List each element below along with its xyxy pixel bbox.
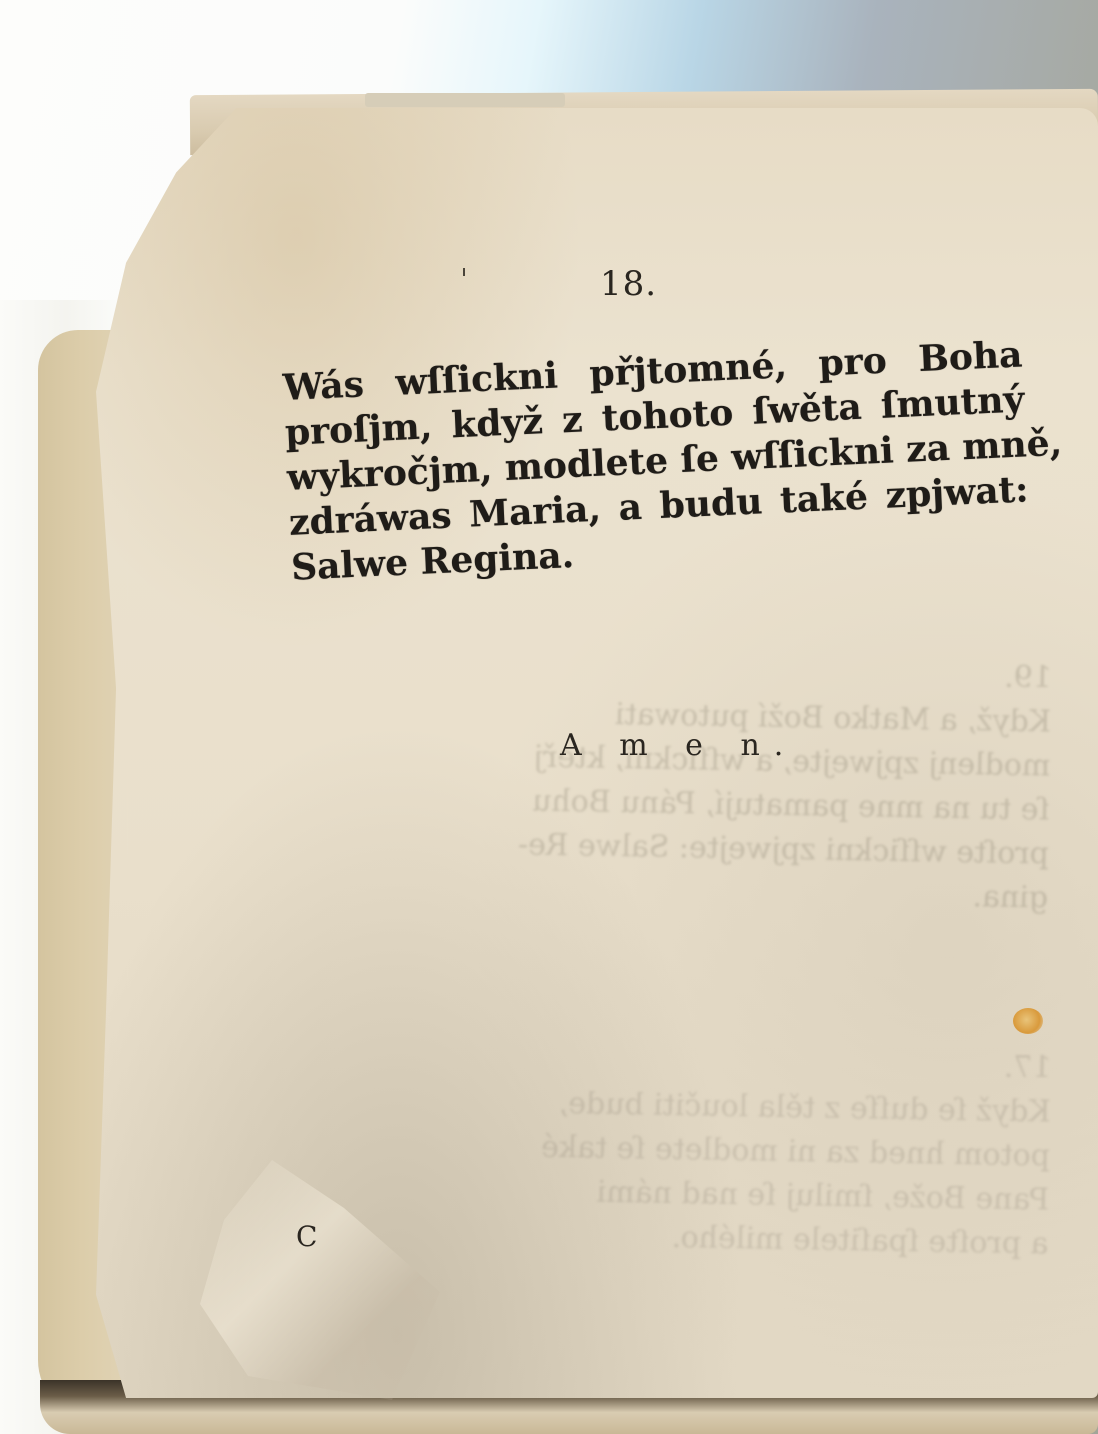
foxing-stain <box>1013 1008 1043 1034</box>
partial-glyph: C <box>296 1220 317 1253</box>
ink-speck <box>463 268 465 276</box>
back-leaf-fragment <box>365 93 565 107</box>
bleed-through-text-top: 19. Když, a Matko Boží putowati modlenj … <box>298 643 1052 920</box>
closing-amen: A m e n. <box>560 728 797 763</box>
bleed-through-text-bottom: 17. Když ſe duſſe z těla loučiti bude, p… <box>298 1033 1052 1266</box>
page-number: 18. <box>600 264 700 304</box>
body-paragraph: Wás wſſickni přjtomné, pro Boha proſjm, … <box>282 332 1031 590</box>
